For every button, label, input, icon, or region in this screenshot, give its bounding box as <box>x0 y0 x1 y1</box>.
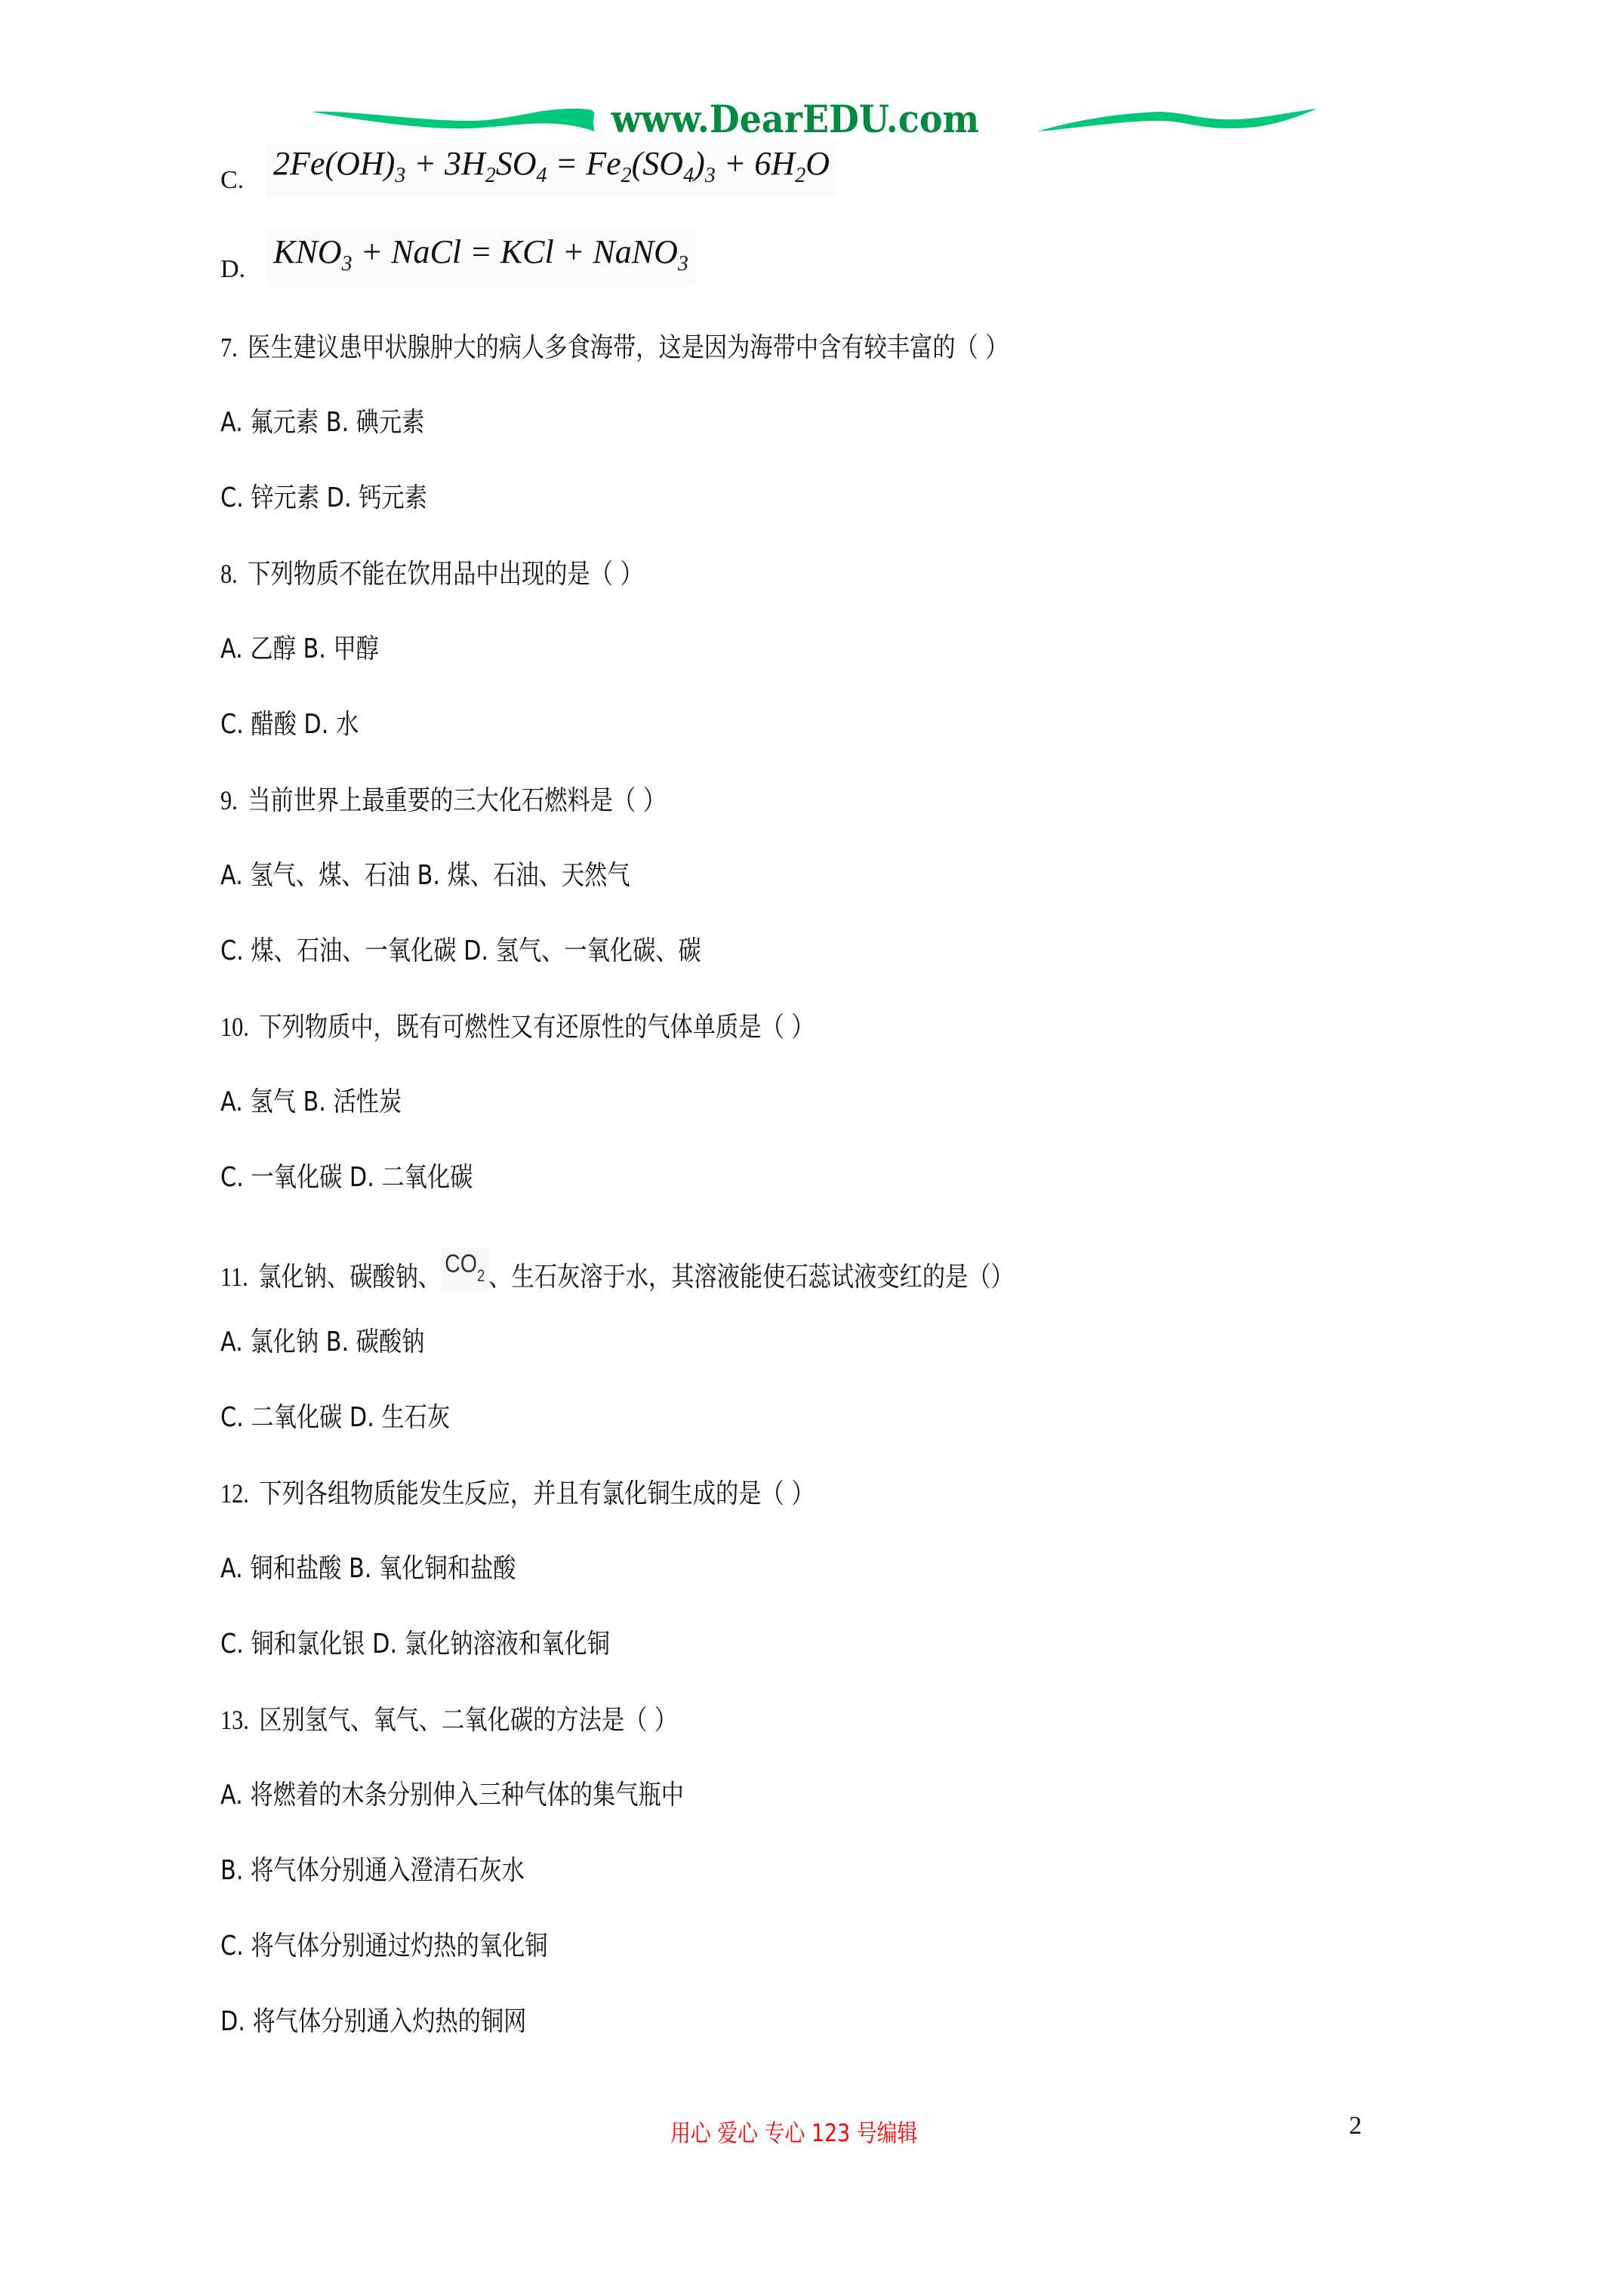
question-12-options-ab: A. 铜和盐酸 B. 氧化铜和盐酸 <box>220 1552 516 1586</box>
question-9-stem: 9.当前世界上最重要的三大化石燃料是（ ） <box>220 784 666 818</box>
option-label: C. <box>220 166 244 195</box>
co2-formula: CO2 <box>441 1247 488 1293</box>
equation-option-d: KNO3 + NaCl = KCl + NaNO3 <box>266 230 696 286</box>
logo-text: www.DearEDU.com <box>590 97 1000 142</box>
question-9-options-cd: C. 煤、石油、一氧化碳 D. 氢气、一氧化碳、碳 <box>220 935 701 968</box>
header-logo: www.DearEDU.com <box>310 100 1321 143</box>
question-10-options-ab: A. 氢气 B. 活性炭 <box>220 1086 402 1119</box>
question-13-option-a: A. 将燃着的木条分别伸入三种气体的集气瓶中 <box>220 1779 684 1812</box>
question-13-option-b: B. 将气体分别通入澄清石灰水 <box>220 1854 525 1888</box>
question-10-options-cd: C. 一氧化碳 D. 二氧化碳 <box>220 1161 473 1194</box>
question-13-option-d: D. 将气体分别通入灼热的铜网 <box>220 2005 526 2039</box>
footer-editor-text: 用心 爱心 专心 123 号编辑 <box>670 2114 917 2149</box>
document-page: www.DearEDU.com C. 2Fe(OH)3 + 3H2SO4 = F… <box>0 0 1623 2296</box>
question-7-options-ab: A. 氟元素 B. 碘元素 <box>220 406 424 439</box>
question-7-options-cd: C. 锌元素 D. 钙元素 <box>220 482 427 515</box>
question-12-stem: 12.下列各组物质能发生反应，并且有氯化铜生成的是（ ） <box>220 1477 815 1511</box>
page-number: 2 <box>1349 2112 1362 2140</box>
question-10-stem: 10.下列物质中，既有可燃性又有还原性的气体单质是（ ） <box>220 1010 815 1044</box>
question-7-stem: 7.医生建议患甲状腺肿大的病人多食海带，这是因为海带中含有较丰富的（ ） <box>220 331 1009 365</box>
question-13-option-c: C. 将气体分别通过灼热的氧化铜 <box>220 1930 547 1963</box>
question-8-options-cd: C. 醋酸 D. 水 <box>220 708 359 741</box>
option-label: D. <box>220 255 245 284</box>
question-11-options-ab: A. 氯化钠 B. 碳酸钠 <box>220 1326 424 1359</box>
question-11-stem: 11.氯化钠、碳酸钠、CO2、生石灰溶于水，其溶液能使石蕊试液变红的是（） <box>220 1247 1014 1294</box>
question-13-stem: 13.区别氢气、氧气、二氧化碳的方法是（ ） <box>220 1703 677 1737</box>
question-12-options-cd: C. 铜和氯化银 D. 氯化钠溶液和氧化铜 <box>220 1628 610 1661</box>
question-11-options-cd: C. 二氧化碳 D. 生石灰 <box>220 1401 450 1435</box>
question-8-options-ab: A. 乙醇 B. 甲醇 <box>220 633 379 666</box>
equation-option-c: 2Fe(OH)3 + 3H2SO4 = Fe2(SO4)3 + 6H2O <box>266 142 837 198</box>
question-9-options-ab: A. 氢气、煤、石油 B. 煤、石油、天然气 <box>220 859 630 892</box>
question-8-stem: 8.下列物质不能在饮用品中出现的是（ ） <box>220 557 643 591</box>
